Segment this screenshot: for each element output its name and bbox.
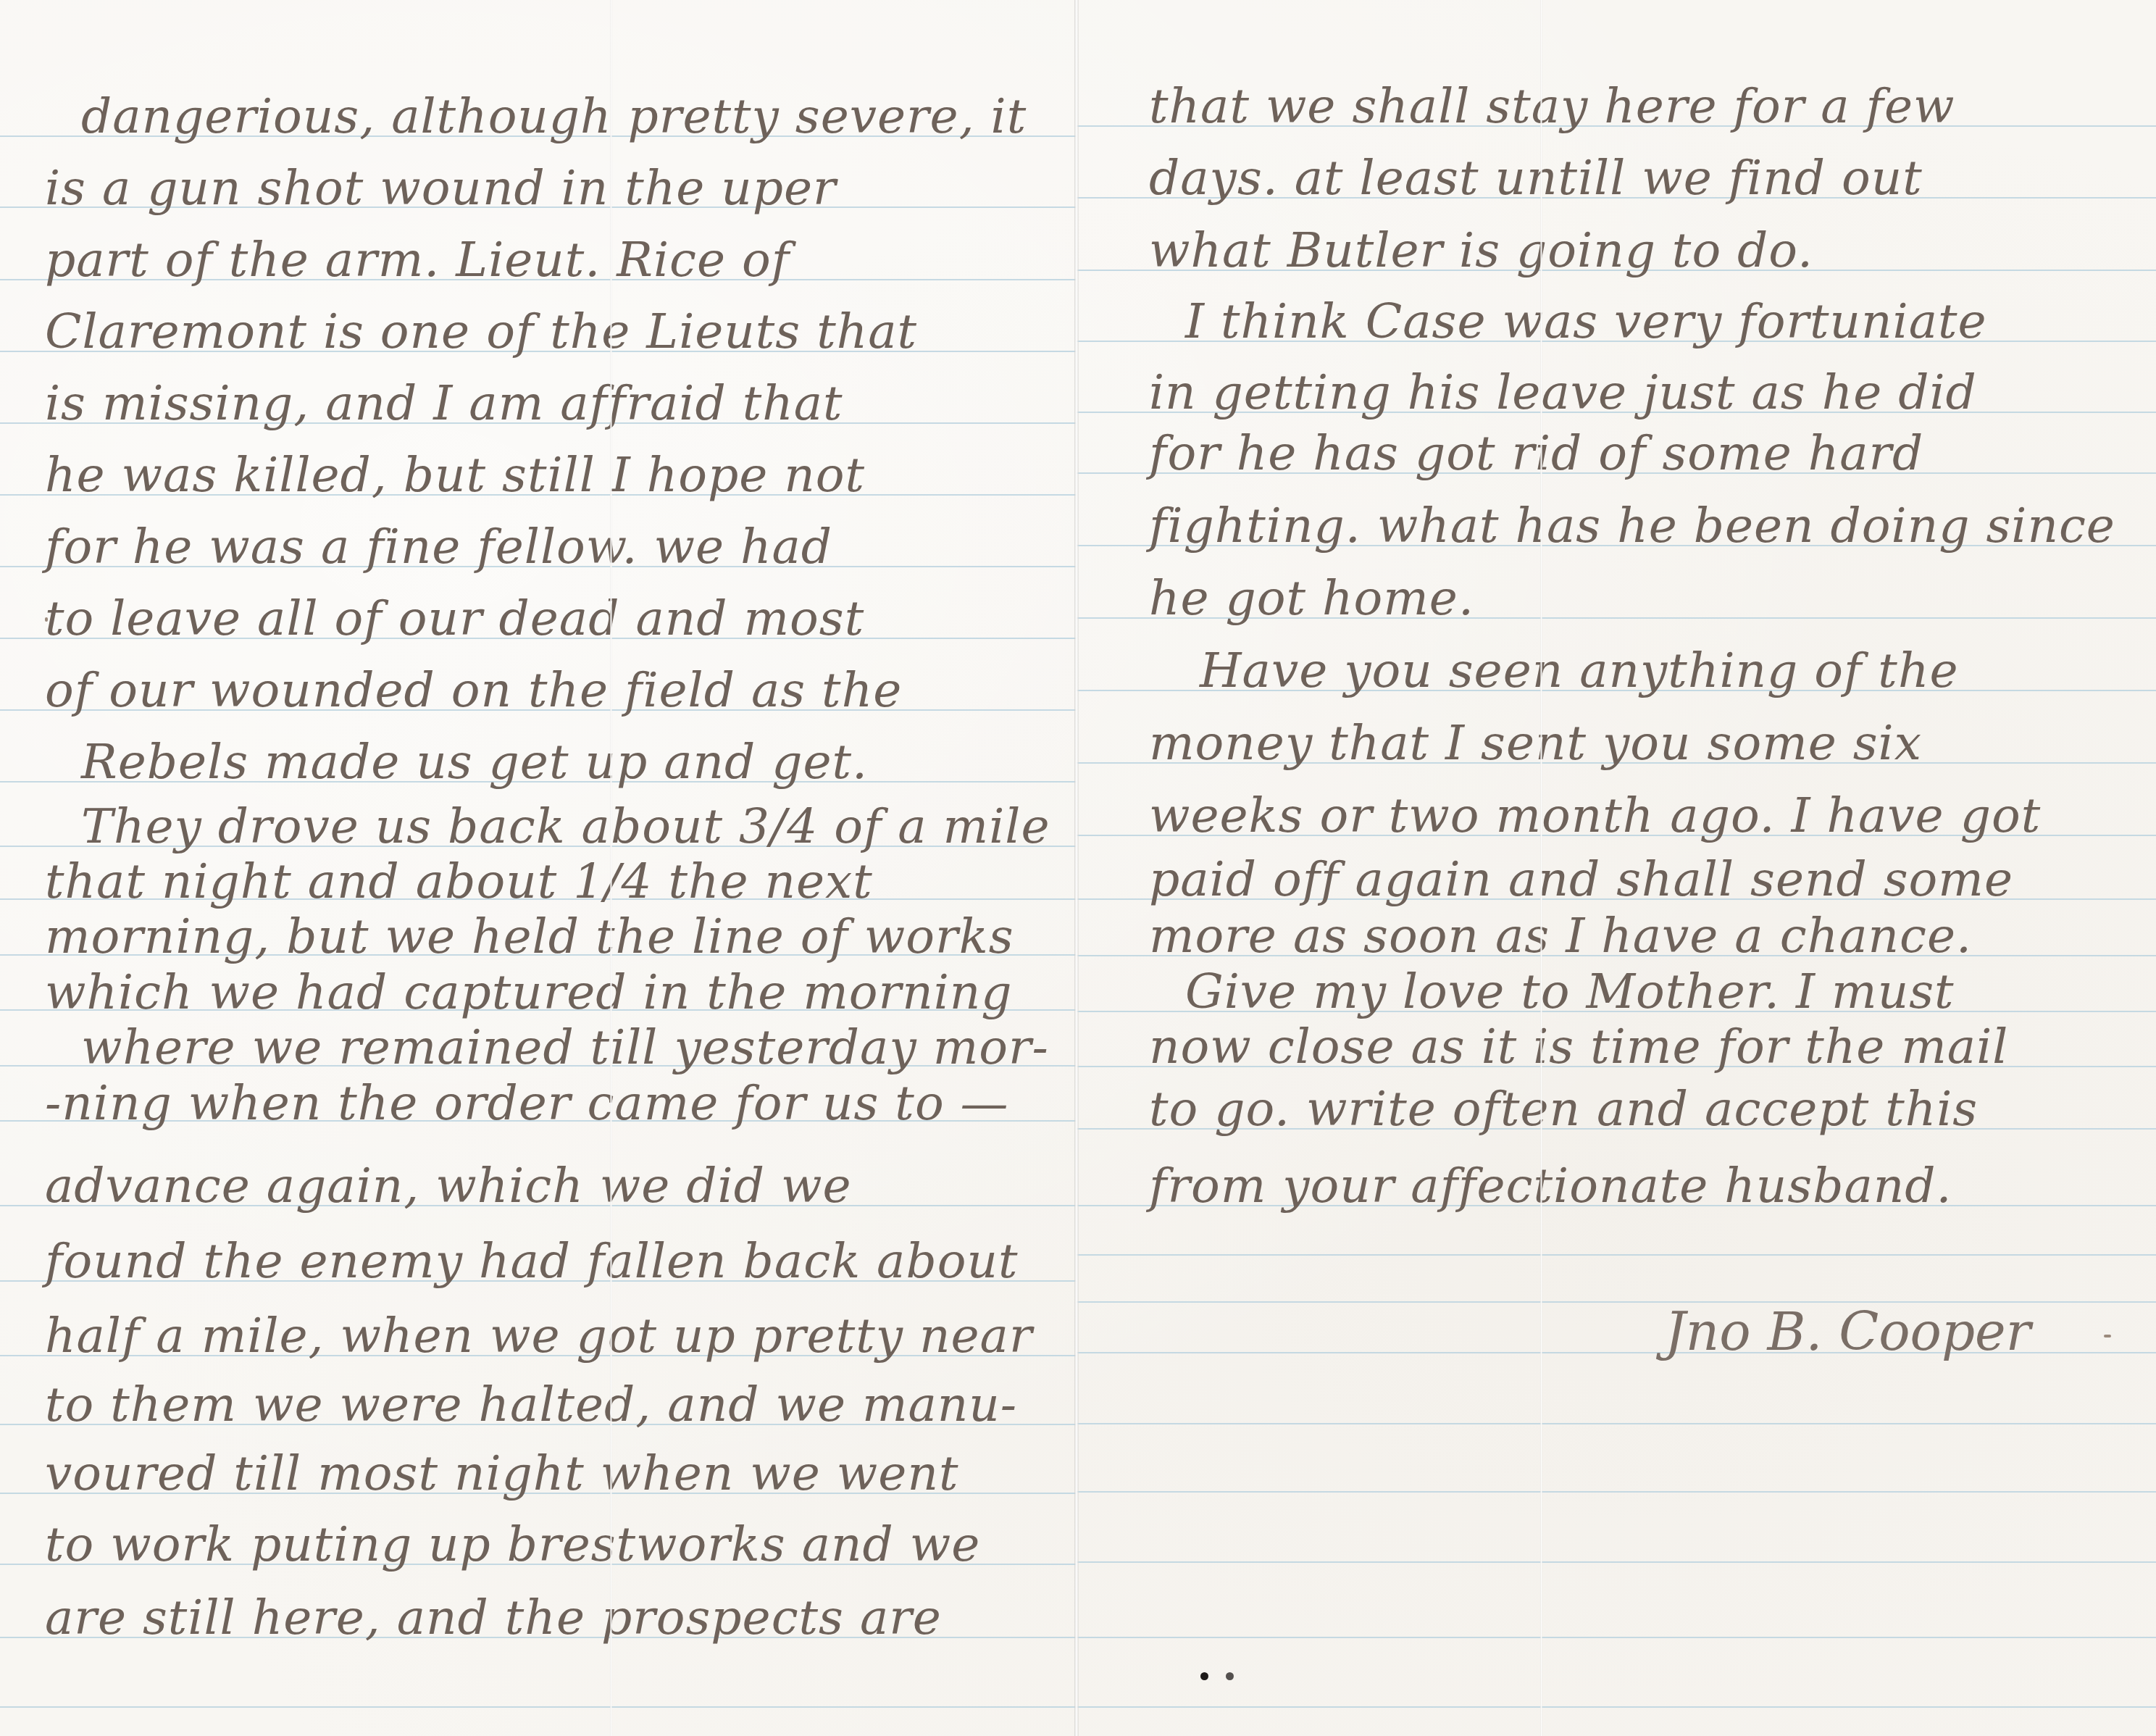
- text-line: what Butler is going to do.: [1149, 227, 1813, 275]
- left-page: dangerious, although pretty severe, it i…: [0, 0, 1077, 1736]
- text-line: for he has got rid of some hard: [1149, 430, 1923, 477]
- text-line: advance again, which we did we: [45, 1162, 852, 1210]
- text-line: more as soon as I have a chance.: [1149, 912, 1972, 960]
- text-line: Have you seen anything of the: [1149, 647, 1958, 695]
- text-line: -ning when the order came for us to —: [45, 1080, 1009, 1127]
- rule-line: [1077, 1423, 2156, 1424]
- text-line: he was killed, but still I hope not: [45, 451, 865, 499]
- right-page: that we shall stay here for a few days. …: [1077, 0, 2156, 1736]
- text-line: from your affectionate husband.: [1149, 1162, 1952, 1210]
- rule-line: [1077, 1561, 2156, 1563]
- letter-sheet: dangerious, although pretty severe, it i…: [0, 0, 2156, 1736]
- rule-line: [1077, 1637, 2156, 1638]
- text-line: that we shall stay here for a few: [1149, 83, 1955, 130]
- fold-crease-right: [1540, 0, 1542, 1736]
- text-line: part of the arm. Lieut. Rice of: [45, 236, 790, 284]
- text-line: money that I sent you some six: [1149, 719, 1922, 767]
- text-line: They drove us back about 3/4 of a mile: [45, 803, 1050, 851]
- text-line: which we had captured in the morning: [45, 969, 1013, 1017]
- text-line: in getting his leave just as he did: [1149, 369, 1977, 417]
- text-line: to them we were halted, and we manu-: [45, 1381, 1017, 1429]
- text-line: weeks or two month ago. I have got: [1149, 792, 2041, 840]
- text-line: Claremont is one of the Lieuts that: [45, 308, 917, 356]
- text-line: that night and about 1/4 the next: [45, 858, 873, 906]
- text-line: now close as it is time for the mail: [1149, 1023, 2008, 1071]
- text-line: morning, but we held the line of works: [45, 913, 1014, 961]
- text-line: of our wounded on the field as the: [45, 667, 902, 714]
- text-line: I think Case was very fortuniate: [1149, 298, 1987, 346]
- rule-line: [1077, 1706, 2156, 1708]
- text-line: to leave all of our dead and most: [45, 595, 864, 643]
- text-line: to go. write often and accept this: [1149, 1085, 1978, 1133]
- center-fold-crease: [1074, 0, 1079, 1736]
- ink-blot: [1200, 1672, 1208, 1680]
- text-line: half a mile, when we got up pretty near: [45, 1312, 1032, 1360]
- text-line: dangerious, although pretty severe, it: [45, 93, 1027, 141]
- text-line: where we remained till yesterday mor-: [45, 1024, 1049, 1072]
- text-line: for he was a fine fellow. we had: [45, 523, 832, 571]
- text-line: is missing, and I am affraid that: [45, 380, 843, 427]
- text-line: Give my love to Mother. I must: [1149, 968, 1955, 1016]
- text-line: to work puting up brestworks and we: [45, 1521, 980, 1569]
- text-line: are still here, and the prospects are: [45, 1594, 942, 1642]
- ink-blot: [1226, 1672, 1234, 1680]
- text-line: voured till most night when we went: [45, 1450, 958, 1498]
- paper-speck: [45, 617, 48, 622]
- text-line: days. at least untill we find out: [1149, 154, 1923, 202]
- text-line: found the enemy had fallen back about: [45, 1238, 1018, 1285]
- signature: Jno B. Cooper: [1665, 1301, 2031, 1362]
- text-line: is a gun shot wound in the uper: [45, 164, 837, 212]
- paper-speck: [2104, 1335, 2111, 1338]
- fold-crease-left: [610, 0, 612, 1736]
- text-line: Rebels made us get up and get.: [45, 738, 868, 786]
- text-line: fighting. what has he been doing since: [1149, 502, 2115, 550]
- rule-line: [1077, 1254, 2156, 1256]
- rule-line: [1077, 1491, 2156, 1493]
- rule-line: [0, 1706, 1077, 1708]
- text-line: he got home.: [1149, 575, 1474, 622]
- text-line: paid off again and shall send some: [1149, 856, 2013, 904]
